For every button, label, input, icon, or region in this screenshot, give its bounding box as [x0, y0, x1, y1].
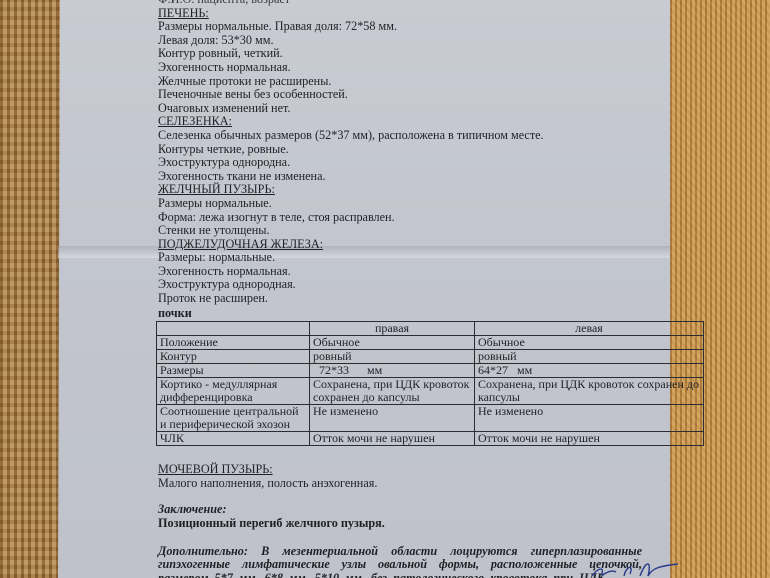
table-cell: ровный [475, 350, 704, 364]
gallbladder-line: Форма: лежа изогнут в теле, стоя расправ… [158, 211, 678, 225]
gallbladder-line: Стенки не утолщены. [158, 224, 678, 238]
spleen-line: Контуры четкие, ровные. [158, 143, 678, 157]
spleen-line: Эхоструктура однородна. [158, 156, 678, 170]
gallbladder-line: Размеры нормальные. [158, 197, 678, 211]
doctor-signature [590, 558, 680, 578]
table-row: Кортико - медуллярная дифференцировка Со… [157, 378, 704, 405]
table-header-cell: правая [310, 322, 475, 336]
bladder-heading: МОЧЕВОЙ ПУЗЫРЬ: [158, 463, 678, 477]
table-cell: ровный [310, 350, 475, 364]
spleen-line: Селезенка обычных размеров (52*37 мм), р… [158, 129, 678, 143]
table-row: Размеры 72*33 мм 64*27 мм [157, 364, 704, 378]
table-cell: Обычное [475, 336, 704, 350]
table-cell: 72*33 мм [310, 364, 475, 378]
liver-line: Очаговых изменений нет. [158, 102, 678, 116]
table-cell: Соотношение центральной и периферической… [157, 405, 310, 432]
pancreas-heading: ПОДЖЕЛУДОЧНАЯ ЖЕЛЕЗА: [158, 238, 678, 252]
pancreas-line: Проток не расширен. [158, 292, 678, 306]
table-row: Соотношение центральной и периферической… [157, 405, 704, 432]
table-header-cell: левая [475, 322, 704, 336]
table-row: ЧЛК Отток мочи не нарушен Отток мочи не … [157, 432, 704, 446]
spleen-heading: СЕЛЕЗЕНКА: [158, 115, 678, 129]
table-cell: Не изменено [475, 405, 704, 432]
liver-line: Левая доля: 53*30 мм. [158, 34, 678, 48]
table-cell: 64*27 мм [475, 364, 704, 378]
pancreas-line: Эхогенность нормальная. [158, 265, 678, 279]
ultrasound-report: Ф.И.О. пациента, возраст ПЕЧЕНЬ: Размеры… [158, 0, 678, 578]
table-cell: Обычное [310, 336, 475, 350]
bladder-line: Малого наполнения, полость анэхогенная. [158, 477, 678, 491]
table-cell: Положение [157, 336, 310, 350]
table-header-row: правая левая [157, 322, 704, 336]
liver-line: Эхогенность нормальная. [158, 61, 678, 75]
table-cell: Отток мочи не нарушен [310, 432, 475, 446]
conclusion-heading: Заключение: [158, 503, 678, 517]
liver-line: Желчные протоки не расширены. [158, 75, 678, 89]
table-cell: Сохранена, при ЦДК кровоток сохранен до … [310, 378, 475, 405]
liver-heading: ПЕЧЕНЬ: [158, 7, 678, 21]
spleen-line: Эхогенность ткани не изменена. [158, 170, 678, 184]
table-header-cell [157, 322, 310, 336]
pancreas-line: Эхоструктура однородная. [158, 278, 678, 292]
table-cell: Кортико - медуллярная дифференцировка [157, 378, 310, 405]
liver-line: Контур ровный, четкий. [158, 47, 678, 61]
fabric-background-left [0, 0, 62, 578]
table-row: Контур ровный ровный [157, 350, 704, 364]
table-row: Положение Обычное Обычное [157, 336, 704, 350]
pancreas-line: Размеры: нормальные. [158, 251, 678, 265]
conclusion-text: Позиционный перегиб желчного пузыря. [158, 517, 678, 531]
table-cell: Контур [157, 350, 310, 364]
table-cell: Размеры [157, 364, 310, 378]
kidneys-table: правая левая Положение Обычное Обычное К… [156, 321, 704, 446]
table-cell: ЧЛК [157, 432, 310, 446]
gallbladder-heading: ЖЕЛЧНЫЙ ПУЗЫРЬ: [158, 183, 678, 197]
liver-line: Размеры нормальные. Правая доля: 72*58 м… [158, 20, 678, 34]
kidneys-heading: почки [158, 307, 678, 321]
liver-line: Печеночные вены без особенностей. [158, 88, 678, 102]
patient-name-line: Ф.И.О. пациента, возраст [158, 0, 678, 7]
table-cell: Отток мочи не нарушен [475, 432, 704, 446]
table-cell: Сохранена, при ЦДК кровоток сохранен до … [475, 378, 704, 405]
additional-findings: Дополнительно: В мезентериальной области… [158, 545, 642, 578]
table-cell: Не изменено [310, 405, 475, 432]
